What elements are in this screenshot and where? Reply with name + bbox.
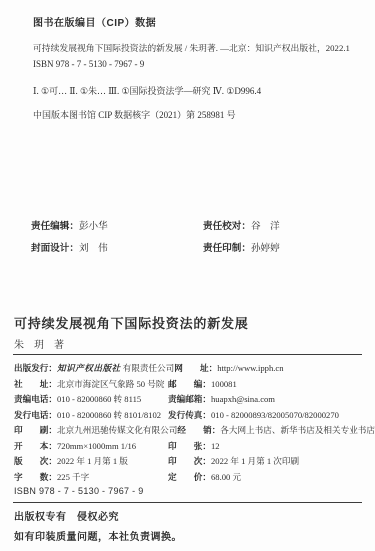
- colophon-value: 有限责任公司: [123, 363, 175, 373]
- copyright-page: 图书在版编目（CIP）数据 可持续发展视角下国际投资法的新发展 / 朱玥著. —…: [0, 0, 375, 551]
- colophon-value: 010 - 82000860 转 8115: [57, 394, 141, 404]
- colophon-label: 社 址：: [14, 379, 57, 389]
- credit-label: 封面设计：: [31, 243, 79, 254]
- credit-print-supervisor: 责任印制：孙婷婷: [203, 240, 280, 254]
- colophon-label: 印 次：: [168, 456, 211, 466]
- colophon-value: 010 - 82000860 转 8101/8102: [57, 410, 161, 420]
- colophon-value: 2022 年 1 月第 1 版: [57, 456, 128, 466]
- quality-notice: 如有印装质量问题，本社负责调换。: [14, 528, 182, 543]
- colophon-isbn: ISBN 978 - 7 - 5130 - 7967 - 9: [14, 486, 144, 496]
- colophon-value: 010 - 82000893/82005070/82000270: [211, 410, 339, 420]
- book-author: 朱 玥 著: [14, 336, 64, 351]
- colophon-value: http://www.ipph.cn: [217, 363, 283, 373]
- credit-label: 责任校对：: [203, 221, 251, 232]
- credit-editor: 责任编辑：彭小华: [31, 218, 108, 232]
- colophon-row: 版 次：2022 年 1 月第 1 版 印 次：2022 年 1 月第 1 次印…: [14, 454, 368, 470]
- colophon-value: 2022 年 1 月第 1 次印刷: [211, 456, 299, 466]
- credit-cover-designer: 封面设计：刘 伟: [31, 240, 108, 254]
- colophon-label: 出版发行：: [14, 363, 57, 373]
- colophon-row: 出版发行：知识产权出版社有限责任公司 网 址：http://www.ipph.c…: [14, 361, 368, 377]
- colophon-value: 各大网上书店、新华书店及相关专业书店: [220, 425, 375, 435]
- colophon-label: 经 销：: [177, 425, 220, 435]
- colophon-label: 责编电话：: [14, 394, 57, 404]
- colophon-label: 网 址：: [174, 363, 217, 373]
- cip-description: 可持续发展视角下国际投资法的新发展 / 朱玥著. —北京：知识产权出版社，202…: [33, 41, 350, 54]
- colophon-value: 68.00 元: [211, 472, 241, 482]
- credit-label: 责任编辑：: [31, 221, 79, 232]
- credit-value: 孙婷婷: [251, 243, 280, 254]
- divider-top: [13, 354, 362, 355]
- colophon-block: 出版发行：知识产权出版社有限责任公司 网 址：http://www.ipph.c…: [14, 361, 368, 485]
- colophon-value: 720mm×1000mm 1/16: [57, 441, 136, 451]
- colophon-label: 责编邮箱：: [168, 394, 211, 404]
- colophon-value: 北京市海淀区气象路 50 号院: [57, 379, 164, 389]
- colophon-label: 发行传真：: [168, 410, 211, 420]
- colophon-value: 12: [211, 441, 220, 451]
- colophon-label: 印 张：: [168, 441, 211, 451]
- book-title: 可持续发展视角下国际投资法的新发展: [14, 313, 249, 332]
- cip-classification: Ⅰ. ①可… Ⅱ. ①朱… Ⅲ. ①国际投资法学—研究 Ⅳ. ①D996.4: [33, 84, 261, 97]
- cip-isbn: ISBN 978 - 7 - 5130 - 7967 - 9: [33, 59, 144, 69]
- colophon-label: 发行电话：: [14, 410, 57, 420]
- colophon-label: 邮 编：: [168, 379, 211, 389]
- colophon-label: 字 数：: [14, 472, 57, 482]
- colophon-row: 印 刷：北京九州迅驰传媒文化有限公司 经 销：各大网上书店、新华书店及相关专业书…: [14, 423, 368, 439]
- colophon-value: 北京九州迅驰传媒文化有限公司: [57, 425, 177, 435]
- divider-bottom: [13, 502, 362, 503]
- colophon-value: 225 千字: [57, 472, 89, 482]
- colophon-row: 责编电话：010 - 82000860 转 8115 责编邮箱：huapxh@s…: [14, 392, 368, 408]
- credit-value: 刘 伟: [79, 243, 108, 254]
- colophon-row: 发行电话：010 - 82000860 转 8101/8102 发行传真：010…: [14, 408, 368, 424]
- colophon-label: 定 价：: [168, 472, 211, 482]
- cip-record-number: 中国版本图书馆 CIP 数据核字（2021）第 258981 号: [33, 108, 236, 121]
- colophon-label: 版 次：: [14, 456, 57, 466]
- credit-proofreader: 责任校对：谷 洋: [203, 218, 280, 232]
- colophon-value: 100081: [211, 379, 237, 389]
- copyright-notice: 出版权专有 侵权必究: [14, 508, 119, 523]
- colophon-row: 开 本：720mm×1000mm 1/16 印 张：12: [14, 439, 368, 455]
- colophon-row: 字 数：225 千字 定 价：68.00 元: [14, 470, 368, 486]
- credit-value: 谷 洋: [251, 221, 280, 232]
- colophon-value: huapxh@sina.com: [211, 394, 275, 404]
- colophon-label: 开 本：: [14, 441, 57, 451]
- publisher-script-name: 知识产权出版社: [57, 364, 121, 374]
- cip-heading: 图书在版编目（CIP）数据: [33, 14, 156, 29]
- credit-value: 彭小华: [79, 221, 108, 232]
- credit-label: 责任印制：: [203, 243, 251, 254]
- colophon-row: 社 址：北京市海淀区气象路 50 号院 邮 编：100081: [14, 377, 368, 393]
- colophon-label: 印 刷：: [14, 425, 57, 435]
